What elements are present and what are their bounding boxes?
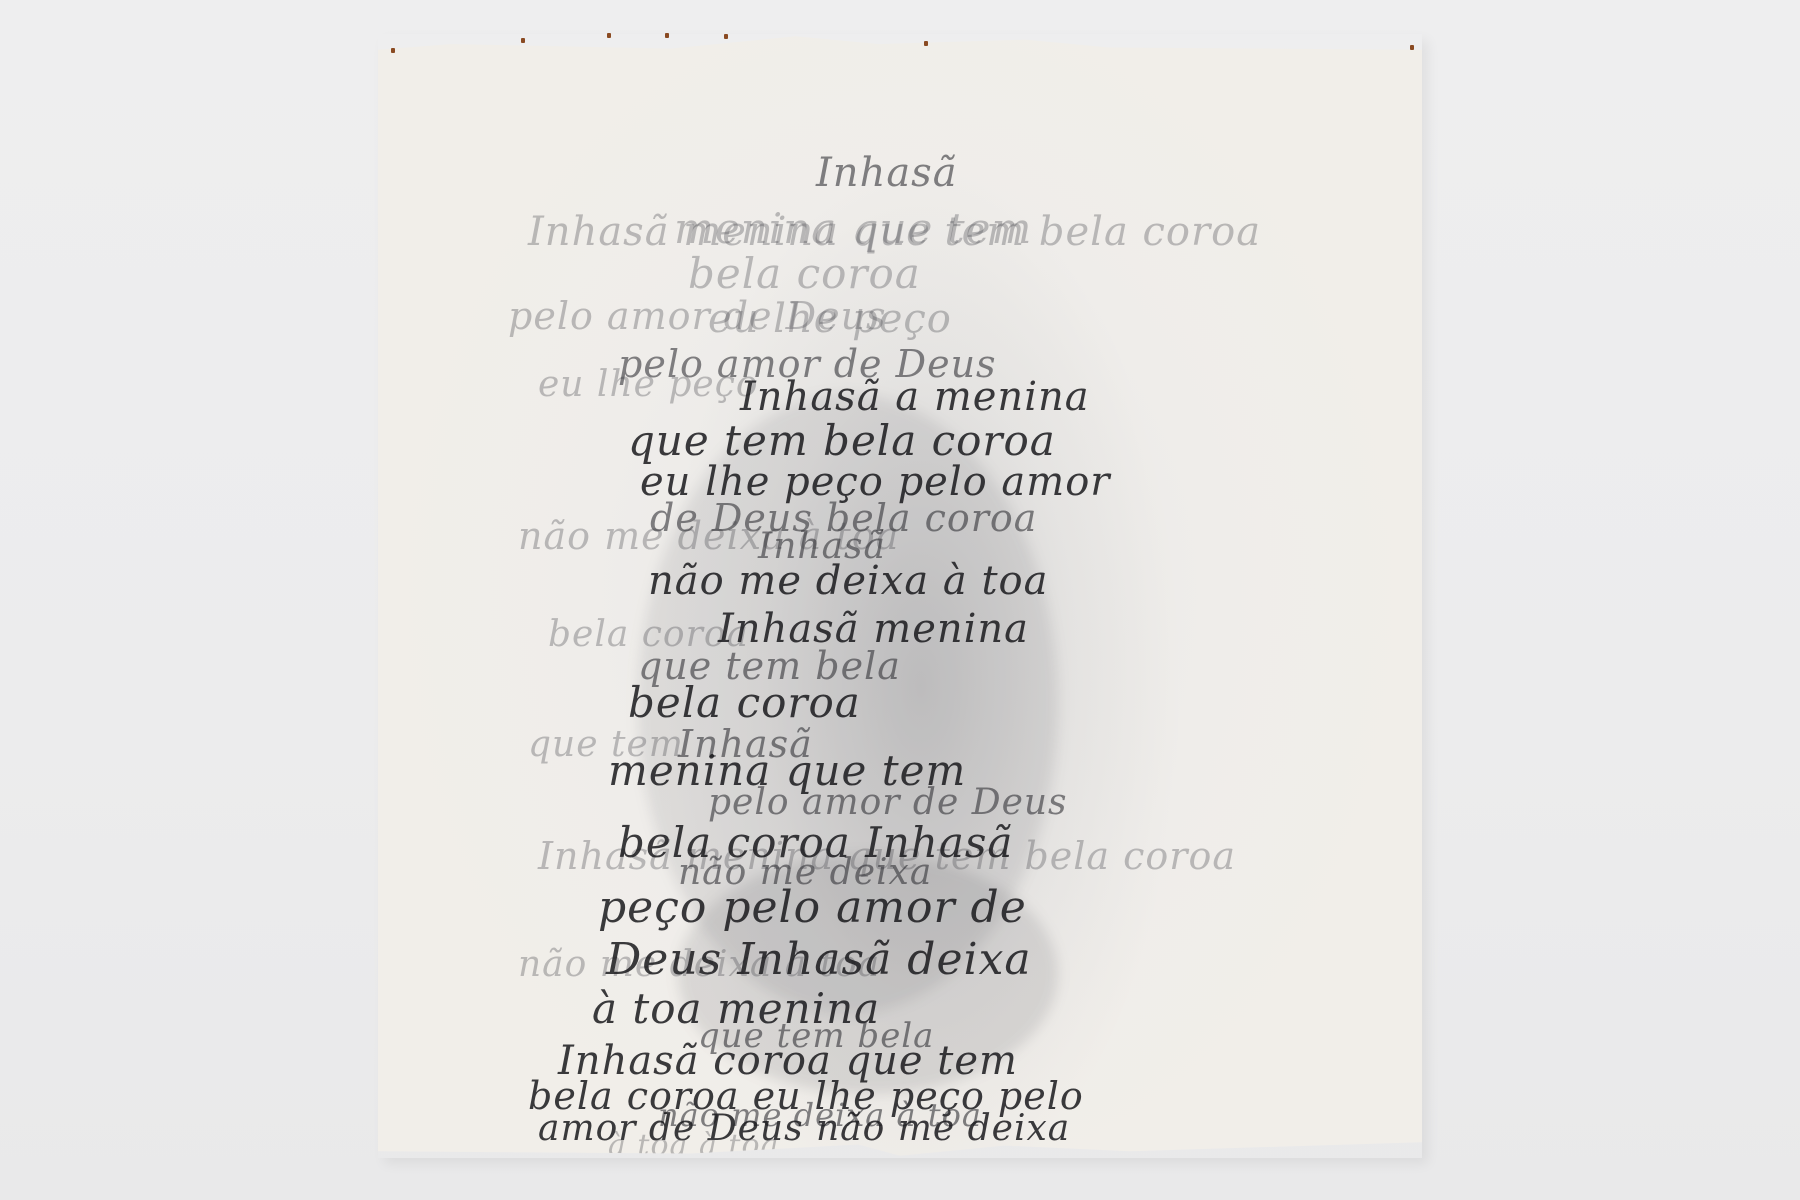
handwritten-line: Deus Inhasã deixa bbox=[606, 934, 1032, 985]
rust-pin-mark bbox=[924, 41, 928, 46]
rust-pin-mark bbox=[724, 34, 728, 39]
handwritten-line: que tem bela coroa bbox=[628, 416, 1056, 465]
handwritten-line: Inhasã bbox=[816, 150, 958, 196]
handwritten-line: Inhasã a menina bbox=[740, 374, 1090, 420]
handwritten-line: bela coroa bbox=[628, 678, 861, 727]
rust-pin-mark bbox=[607, 33, 611, 38]
handwritten-line: eu lhe peço bbox=[708, 296, 952, 342]
handwritten-line: bela coroa bbox=[688, 249, 921, 298]
rust-pin-mark bbox=[665, 33, 669, 38]
handwritten-line: não me deixa à toa bbox=[648, 558, 1048, 604]
rust-pin-mark bbox=[521, 38, 525, 43]
handwritten-line: menina que tem bbox=[674, 204, 1032, 253]
handwriting-layer: Inhasã menina que tem bela coroa eu lhe … bbox=[378, 34, 1422, 1158]
artwork-canvas: Inhasã menina que tem bela coroa pelo am… bbox=[378, 34, 1422, 1158]
rust-pin-mark bbox=[391, 48, 395, 53]
rust-pin-mark bbox=[1410, 45, 1414, 50]
handwritten-line: pelo amor de Deus bbox=[708, 782, 1068, 823]
handwritten-line: peço pelo amor de bbox=[598, 882, 1027, 933]
